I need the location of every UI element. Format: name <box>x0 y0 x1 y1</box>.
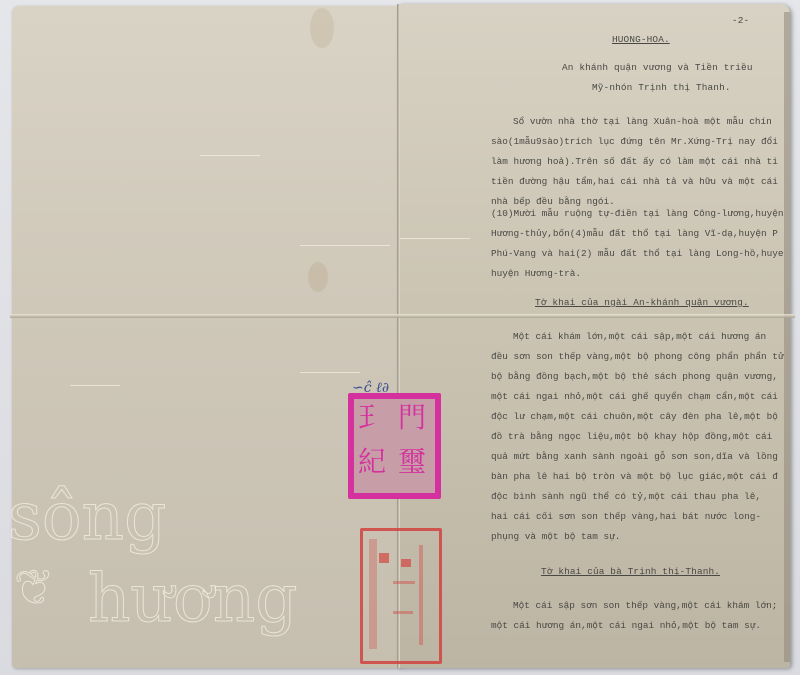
crease <box>70 385 120 386</box>
seal-mark <box>379 553 389 563</box>
seal-inner: 𤣩 門 紀 璽 <box>354 399 435 493</box>
text-line: đều sơn son thếp vàng,một bộ phong công … <box>491 347 784 367</box>
text-line: sào(1mẫu9sào)trích lục đứng tên Mr.Xứng-… <box>491 132 778 152</box>
watermark-line-1: sông <box>8 478 166 555</box>
text-line: đồ trà bằng ngọc liệu,một bộ khay hộp đồ… <box>491 427 784 447</box>
seal-glyph: 璽 <box>398 447 426 477</box>
text-line: phụng và một bộ tam sự. <box>491 527 784 547</box>
stain <box>308 262 328 292</box>
document-subtitle-2: Mỹ-nhón Trịnh thị Thanh. <box>592 82 731 93</box>
seal-glyph: 門 <box>398 403 426 433</box>
section-heading-2: Tờ khai của bà Trịnh thị-Thanh. <box>541 566 720 577</box>
text-line: bộ bằng đồng bạch,một bộ thẻ sách phong … <box>491 367 784 387</box>
section-1-body: Một cái khám lớn,một cái sập,một cái hươ… <box>491 327 784 547</box>
stain <box>310 8 334 48</box>
text-line: độc lư chạm,một cái chuôn,một cây đèn ph… <box>491 407 784 427</box>
seal-glyph: 𤣩 <box>358 403 386 433</box>
text-line: một cái ngai nhỏ,một cái ghế quyển chạm … <box>491 387 784 407</box>
seal-mark <box>393 611 413 614</box>
document-title: HUONG-HOA. <box>612 34 670 45</box>
text-line: bàn pha lê hai bộ tròn và một bộ lục giá… <box>491 467 784 487</box>
text-line: Phú-Vang và hai(2) mẫu đất thổ tại làng … <box>491 244 784 264</box>
watermark-line-2: hương <box>88 560 298 637</box>
seal-glyph: 紀 <box>358 447 386 477</box>
crease <box>300 245 390 246</box>
document-subtitle-1: An khánh quận vương và Tiền triều <box>562 62 753 73</box>
crease <box>200 155 260 156</box>
text-line: Một cái khám lớn,một cái sập,một cái hươ… <box>491 327 784 347</box>
seal-mark <box>393 581 415 584</box>
page-number: -2- <box>732 15 749 26</box>
text-line: làm hương hoả).Trên số đất ấy có làm một… <box>491 152 778 172</box>
section-heading-1: Tờ khai của ngài An-khánh quận vương. <box>535 297 749 308</box>
horizontal-fold <box>10 314 795 318</box>
text-line: độc bình sành ngũ thể có tỷ,một cái thau… <box>491 487 784 507</box>
watermark-ornament: ❦ <box>14 560 54 616</box>
pink-seal: 𤣩 門 紀 璽 <box>348 393 441 499</box>
text-line: Một cái sập sơn son thếp vàng,một cái kh… <box>491 596 777 616</box>
crease <box>400 238 470 239</box>
red-seal <box>360 528 442 664</box>
text-line: tiền đường hậu tẩm,hai cái nhà tả và hữu… <box>491 172 778 192</box>
ink-signature: ∽ĉ ℓ∂ <box>352 380 432 400</box>
text-line: một cái hương án,một cái ngai nhỏ,một bộ… <box>491 616 777 636</box>
text-line: hai cái cối sơn son thếp vàng,hai bát nư… <box>491 507 784 527</box>
seal-mark <box>401 559 411 567</box>
seal-mark <box>369 539 377 649</box>
page-edge <box>784 12 790 662</box>
text-line: Sổ vườn nhà thờ tại làng Xuân-hoà một mẫ… <box>491 112 778 132</box>
text-line: huyện Hương-trà. <box>491 264 784 284</box>
seal-mark <box>419 545 423 645</box>
text-line: quả mứt bằng xanh sành ngoài gỗ sơn son,… <box>491 447 784 467</box>
crease <box>300 372 360 373</box>
section-2-body: Một cái sập sơn son thếp vàng,một cái kh… <box>491 596 777 636</box>
text-line: Hương-thủy,bốn(4)mẫu đất thổ tại làng Vĩ… <box>491 224 784 244</box>
paragraph-2: (10)Mười mẫu ruộng tự-điền tại làng Công… <box>491 204 784 284</box>
text-line: (10)Mười mẫu ruộng tự-điền tại làng Công… <box>491 204 784 224</box>
paragraph-1: Sổ vườn nhà thờ tại làng Xuân-hoà một mẫ… <box>491 112 778 212</box>
